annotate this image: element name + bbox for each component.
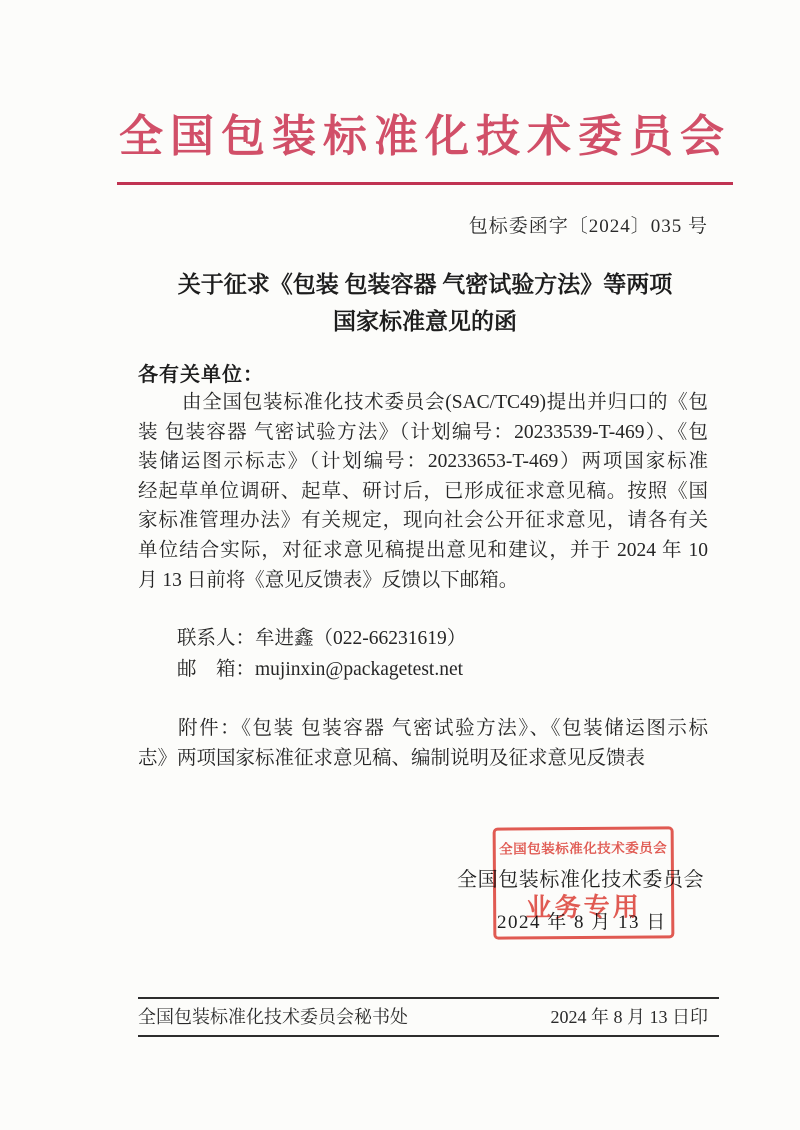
letterhead-divider-rule [117, 182, 733, 185]
contact-person: 联系人：牟进鑫（022-66231619） [177, 624, 466, 655]
body-line: 单位结合实际，对征求意见稿提出意见和建议，并于 2024 年 10 [138, 536, 708, 566]
attachment-line: 附件：《包装 包装容器 气密试验方法》、《包装储运图示标 [138, 714, 708, 744]
body-line: 由全国包装标准化技术委员会(SAC/TC49)提出并归口的《包 [138, 388, 708, 418]
stamp-organization-text: 全国包装标准化技术委员会 [496, 836, 671, 857]
footer-issuer: 全国包装标准化技术委员会秘书处 [138, 1003, 408, 1029]
official-seal-stamp: 全国包装标准化技术委员会 业务专用 [493, 826, 675, 939]
footer-rule-top [138, 997, 719, 999]
footer-print-date: 2024 年 8 月 13 日印 [551, 1003, 709, 1029]
scanned-letter-page: 全国包装标准化技术委员会 包标委函字〔2024〕035 号 关于征求《包装 包装… [0, 0, 800, 1130]
body-line: 装 包装容器 气密试验方法》（计划编号：20233539-T-469）、《包 [138, 418, 708, 448]
body-paragraph: 由全国包装标准化技术委员会(SAC/TC49)提出并归口的《包 装 包装容器 气… [138, 388, 708, 595]
body-line: 月 13 日前将《意见反馈表》反馈以下邮箱。 [138, 566, 708, 596]
attachment-paragraph: 附件：《包装 包装容器 气密试验方法》、《包装储运图示标 志》两项国家标准征求意… [138, 714, 708, 774]
footer: 全国包装标准化技术委员会秘书处 2024 年 8 月 13 日印 [138, 1003, 708, 1029]
attachment-line: 志》两项国家标准征求意见稿、编制说明及征求意见反馈表 [138, 744, 708, 774]
stamp-purpose-text: 业务专用 [496, 886, 671, 924]
contact-info: 联系人：牟进鑫（022-66231619） 邮 箱：mujinxin@packa… [177, 624, 466, 685]
letter-title: 关于征求《包装 包装容器 气密试验方法》等两项 国家标准意见的函 [110, 266, 740, 340]
body-line: 装储运图示标志》（计划编号：20233653-T-469）两项国家标准 [138, 447, 708, 477]
body-line: 家标准管理办法》有关规定，现向社会公开征求意见，请各有关 [138, 506, 708, 536]
contact-email: 邮 箱：mujinxin@packagetest.net [177, 655, 466, 686]
footer-rule-bottom [138, 1035, 719, 1037]
salutation: 各有关单位： [138, 358, 264, 387]
letter-title-line1: 关于征求《包装 包装容器 气密试验方法》等两项 [110, 266, 740, 303]
letterhead-title: 全国包装标准化技术委员会 [110, 100, 740, 164]
body-line: 经起草单位调研、起草、研讨后，已形成征求意见稿。按照《国 [138, 477, 708, 507]
document-number: 包标委函字〔2024〕035 号 [138, 211, 708, 238]
letter-title-line2: 国家标准意见的函 [110, 303, 740, 340]
